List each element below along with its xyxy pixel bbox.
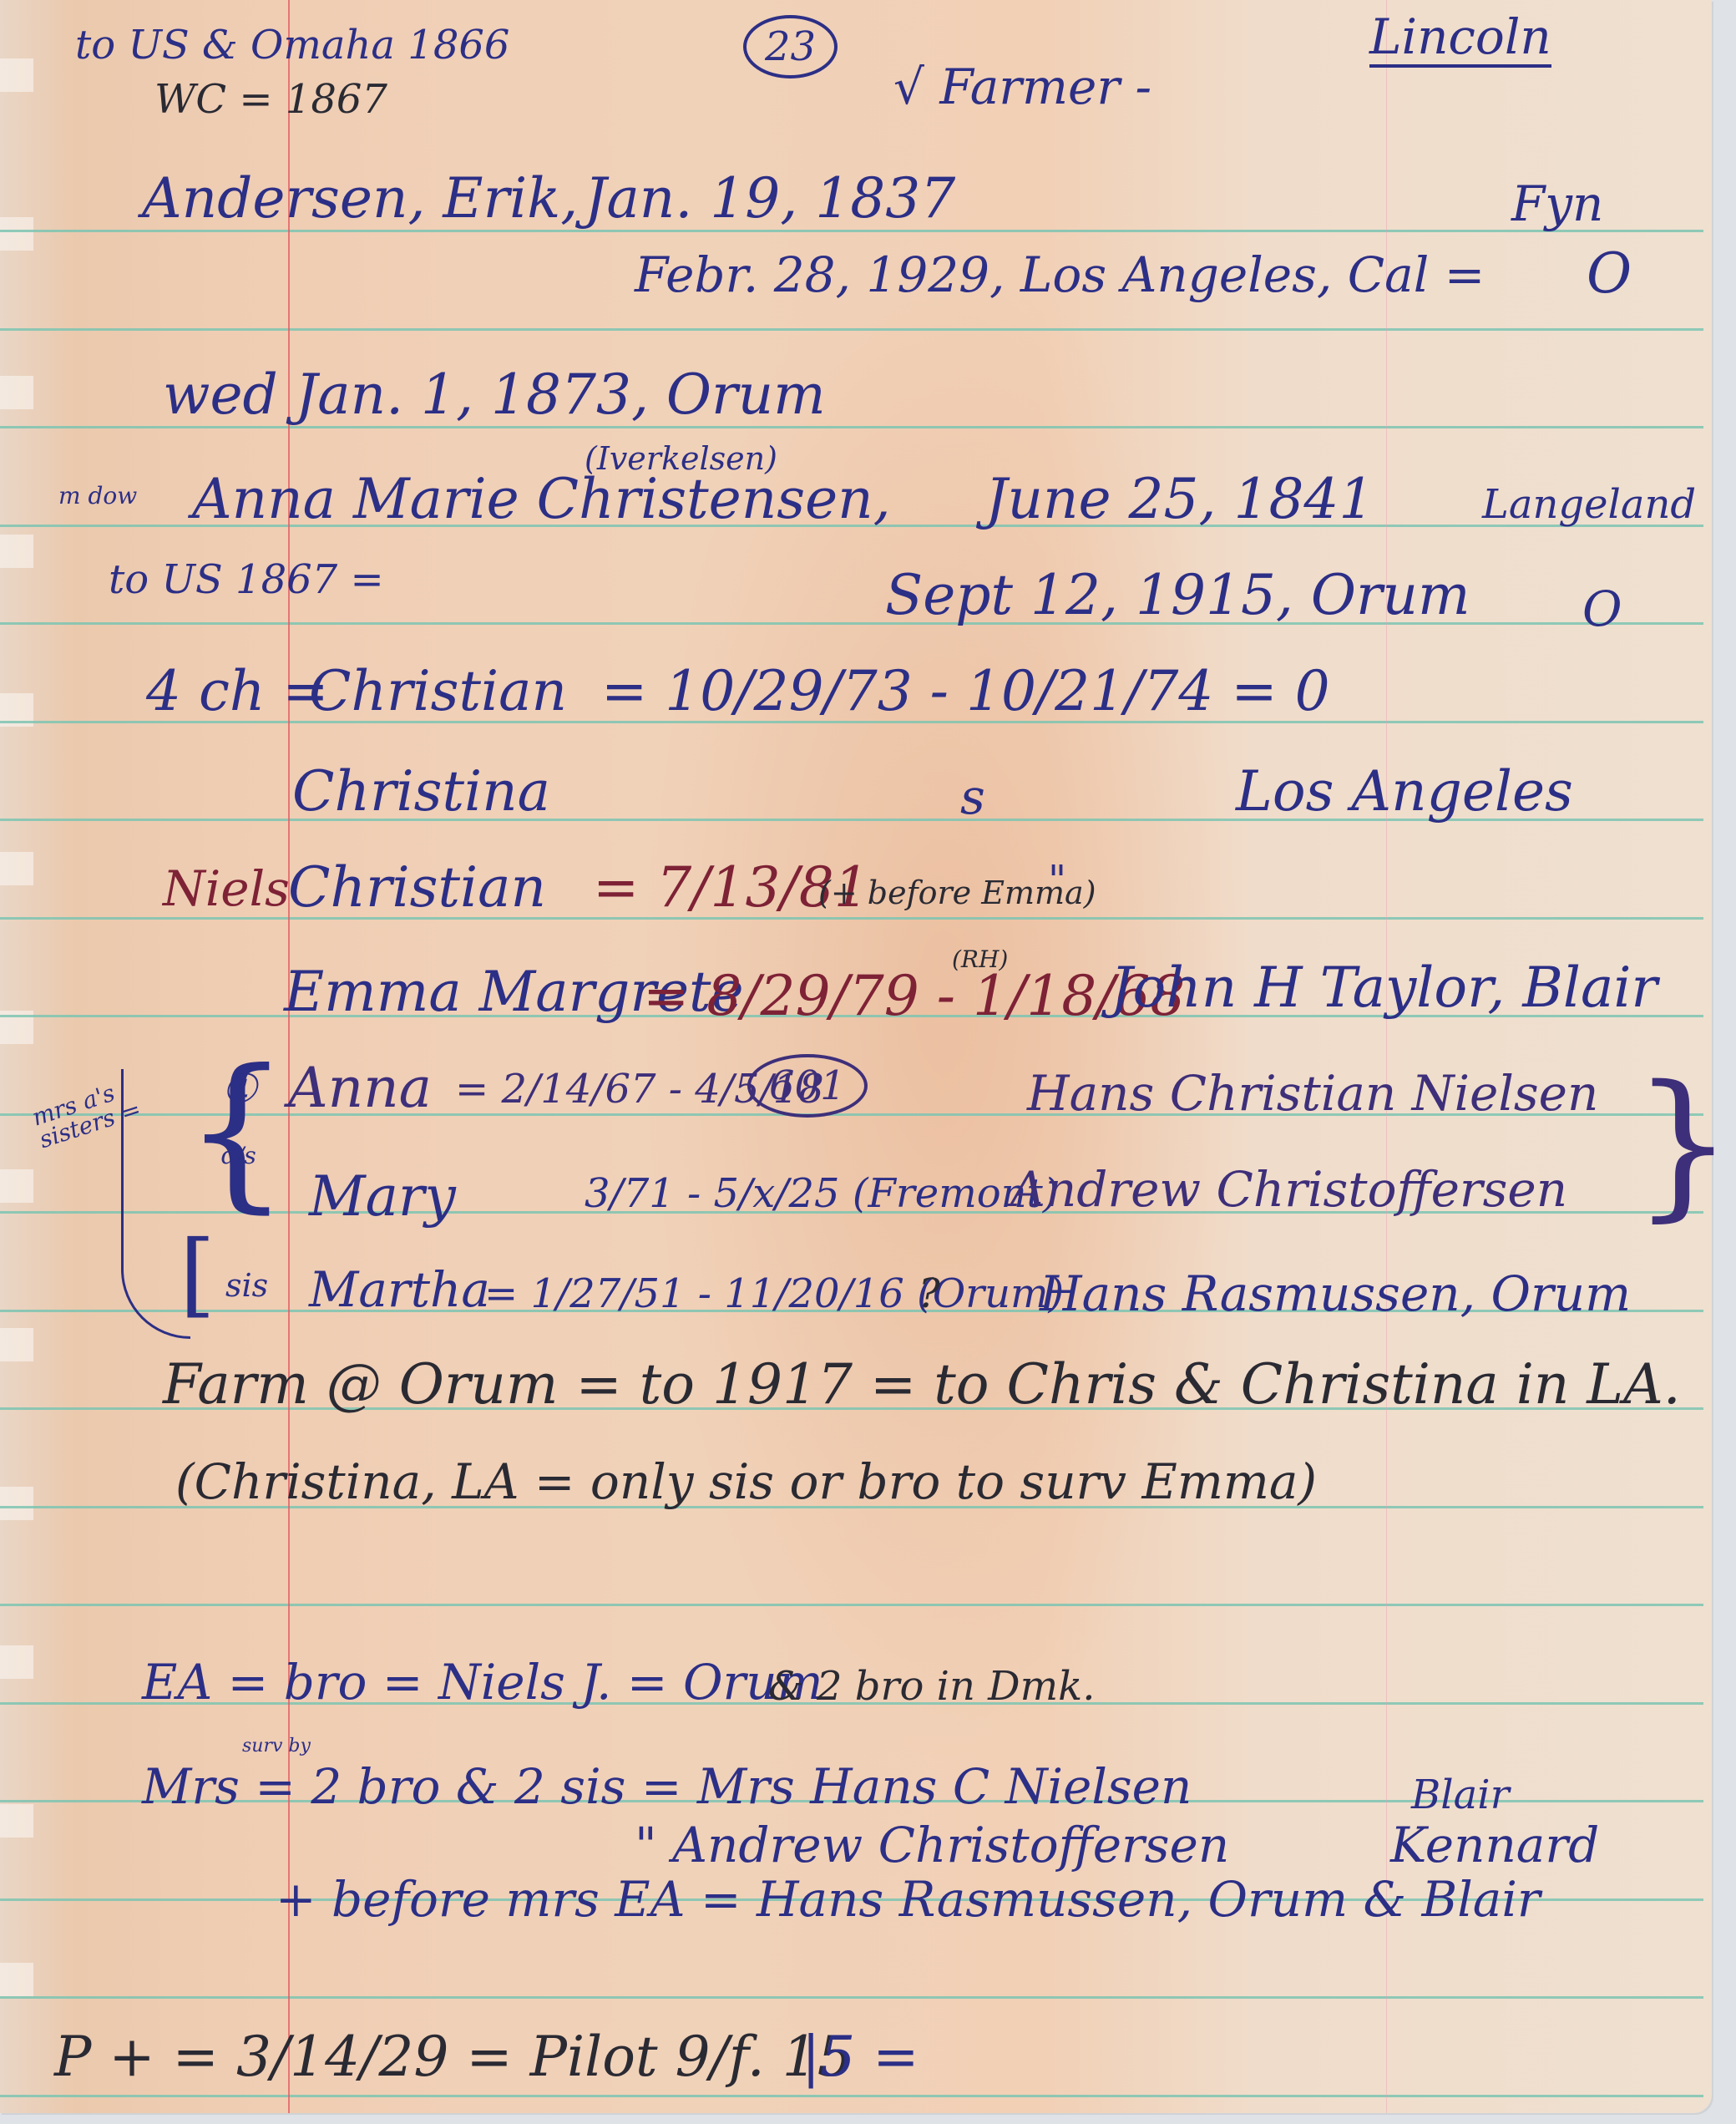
andrew-place: Kennard: [1390, 1821, 1599, 1869]
occupation: √ Farmer -: [893, 63, 1151, 111]
ruled-line: [0, 328, 1703, 331]
sister-name: Mary: [309, 1169, 456, 1224]
pink-margin-line: [1386, 0, 1387, 2113]
husband-birth-date: Jan. 19, 1837: [585, 171, 955, 226]
notebook-page: to US & Omaha 1866 WC = 1867 23 √ Farmer…: [0, 0, 1712, 2113]
sister-dates: 3/71 - 5/x/25 (Fremont): [585, 1174, 1059, 1214]
child-dates: = 8/29/79 - 1/18/68: [643, 969, 1185, 1024]
wc-note: WC = 1867: [154, 79, 387, 119]
wife-birth-place: Langeland: [1482, 484, 1696, 525]
husband-birth-place: Fyn: [1511, 180, 1603, 228]
wife-name: Anna Marie Christensen,: [192, 472, 891, 527]
wife-death-mark: O: [1582, 585, 1622, 633]
andrew-line: " Andrew Christoffersen: [635, 1821, 1229, 1869]
child-name: Christina: [292, 764, 550, 819]
sister-ref-number: 601: [747, 1054, 868, 1118]
child-name: Christian: [288, 860, 546, 915]
wife-death: Sept 12, 1915, Orum: [885, 568, 1470, 623]
county-name: Lincoln: [1369, 13, 1551, 68]
sister-spouse: Hans Rasmussen, Orum: [1040, 1270, 1631, 1318]
ruled-line: [0, 1604, 1703, 1606]
husband-death-mark: O: [1587, 246, 1632, 302]
child-margin-name: Niels: [163, 864, 290, 913]
arrival-note: to US & Omaha 1866: [75, 25, 509, 65]
pilot-note-blue: |5 =: [802, 2030, 919, 2085]
wife-margin-note: m dow: [58, 484, 137, 508]
child-spouse: Los Angeles: [1236, 764, 1573, 819]
pilot-note: P + = 3/14/29 = Pilot 9/f. 15: [54, 2030, 853, 2085]
mrs-superscript: surv by: [242, 1737, 311, 1756]
sister-name: Anna: [288, 1061, 432, 1116]
sister-marker: ①: [221, 1069, 257, 1109]
husband-name: Andersen, Erik,: [142, 171, 578, 226]
child-name: Christian: [309, 664, 567, 719]
sister-spouse: Hans Christian Nielsen: [1027, 1069, 1598, 1118]
sister-spouse: Andrew Christoffersen: [1010, 1165, 1567, 1214]
husband-death: Febr. 28, 1929, Los Angeles, Cal =: [635, 251, 1485, 299]
ea-brother-denmark: & 2 bro in Dmk.: [768, 1666, 1095, 1706]
sister-name: Martha: [309, 1265, 490, 1314]
ruled-line: [0, 1996, 1703, 1999]
farm-note-line1: Farm @ Orum = to 1917 = to Chris & Chris…: [163, 1357, 1681, 1412]
child-spouse: John H Taylor, Blair: [1111, 961, 1658, 1016]
sister-dates: = 1/27/51 - 11/20/16 (Orum): [484, 1274, 1064, 1314]
children-label: 4 ch =: [146, 664, 329, 719]
child-note: (RH): [952, 948, 1008, 971]
torn-binder-edge: [0, 0, 33, 2113]
sister-ref-question: ?: [919, 1274, 940, 1314]
child-spouse: ": [1048, 860, 1066, 900]
wife-birth-date: June 25, 1841: [985, 472, 1374, 527]
child-note: s: [960, 773, 985, 821]
sister-marker: sis: [225, 1270, 268, 1301]
spouses-brace-icon: }: [1632, 1065, 1733, 1224]
marriage-date: wed Jan. 1, 1873, Orum: [163, 368, 826, 423]
farm-note-line2: (Christina, LA = only sis or bro to surv…: [175, 1457, 1317, 1506]
ea-brother-line: EA = bro = Niels J. = Orum: [142, 1658, 823, 1706]
sister-marker: d/s: [221, 1144, 256, 1168]
mrs-siblings-line: Mrs = 2 bro & 2 sis = Mrs Hans C Nielsen: [142, 1762, 1192, 1811]
before-mrs-line: + before mrs EA = Hans Rasmussen, Orum &…: [276, 1875, 1541, 1924]
child-dates: = 10/29/73 - 10/21/74 = 0: [601, 664, 1330, 719]
page-number: 23: [743, 15, 838, 79]
mrs-siblings-place: Blair: [1411, 1775, 1510, 1815]
wife-arrival-note: to US 1867 =: [109, 560, 384, 600]
connector-line: [121, 1069, 190, 1339]
ruled-line: [0, 2095, 1703, 2097]
